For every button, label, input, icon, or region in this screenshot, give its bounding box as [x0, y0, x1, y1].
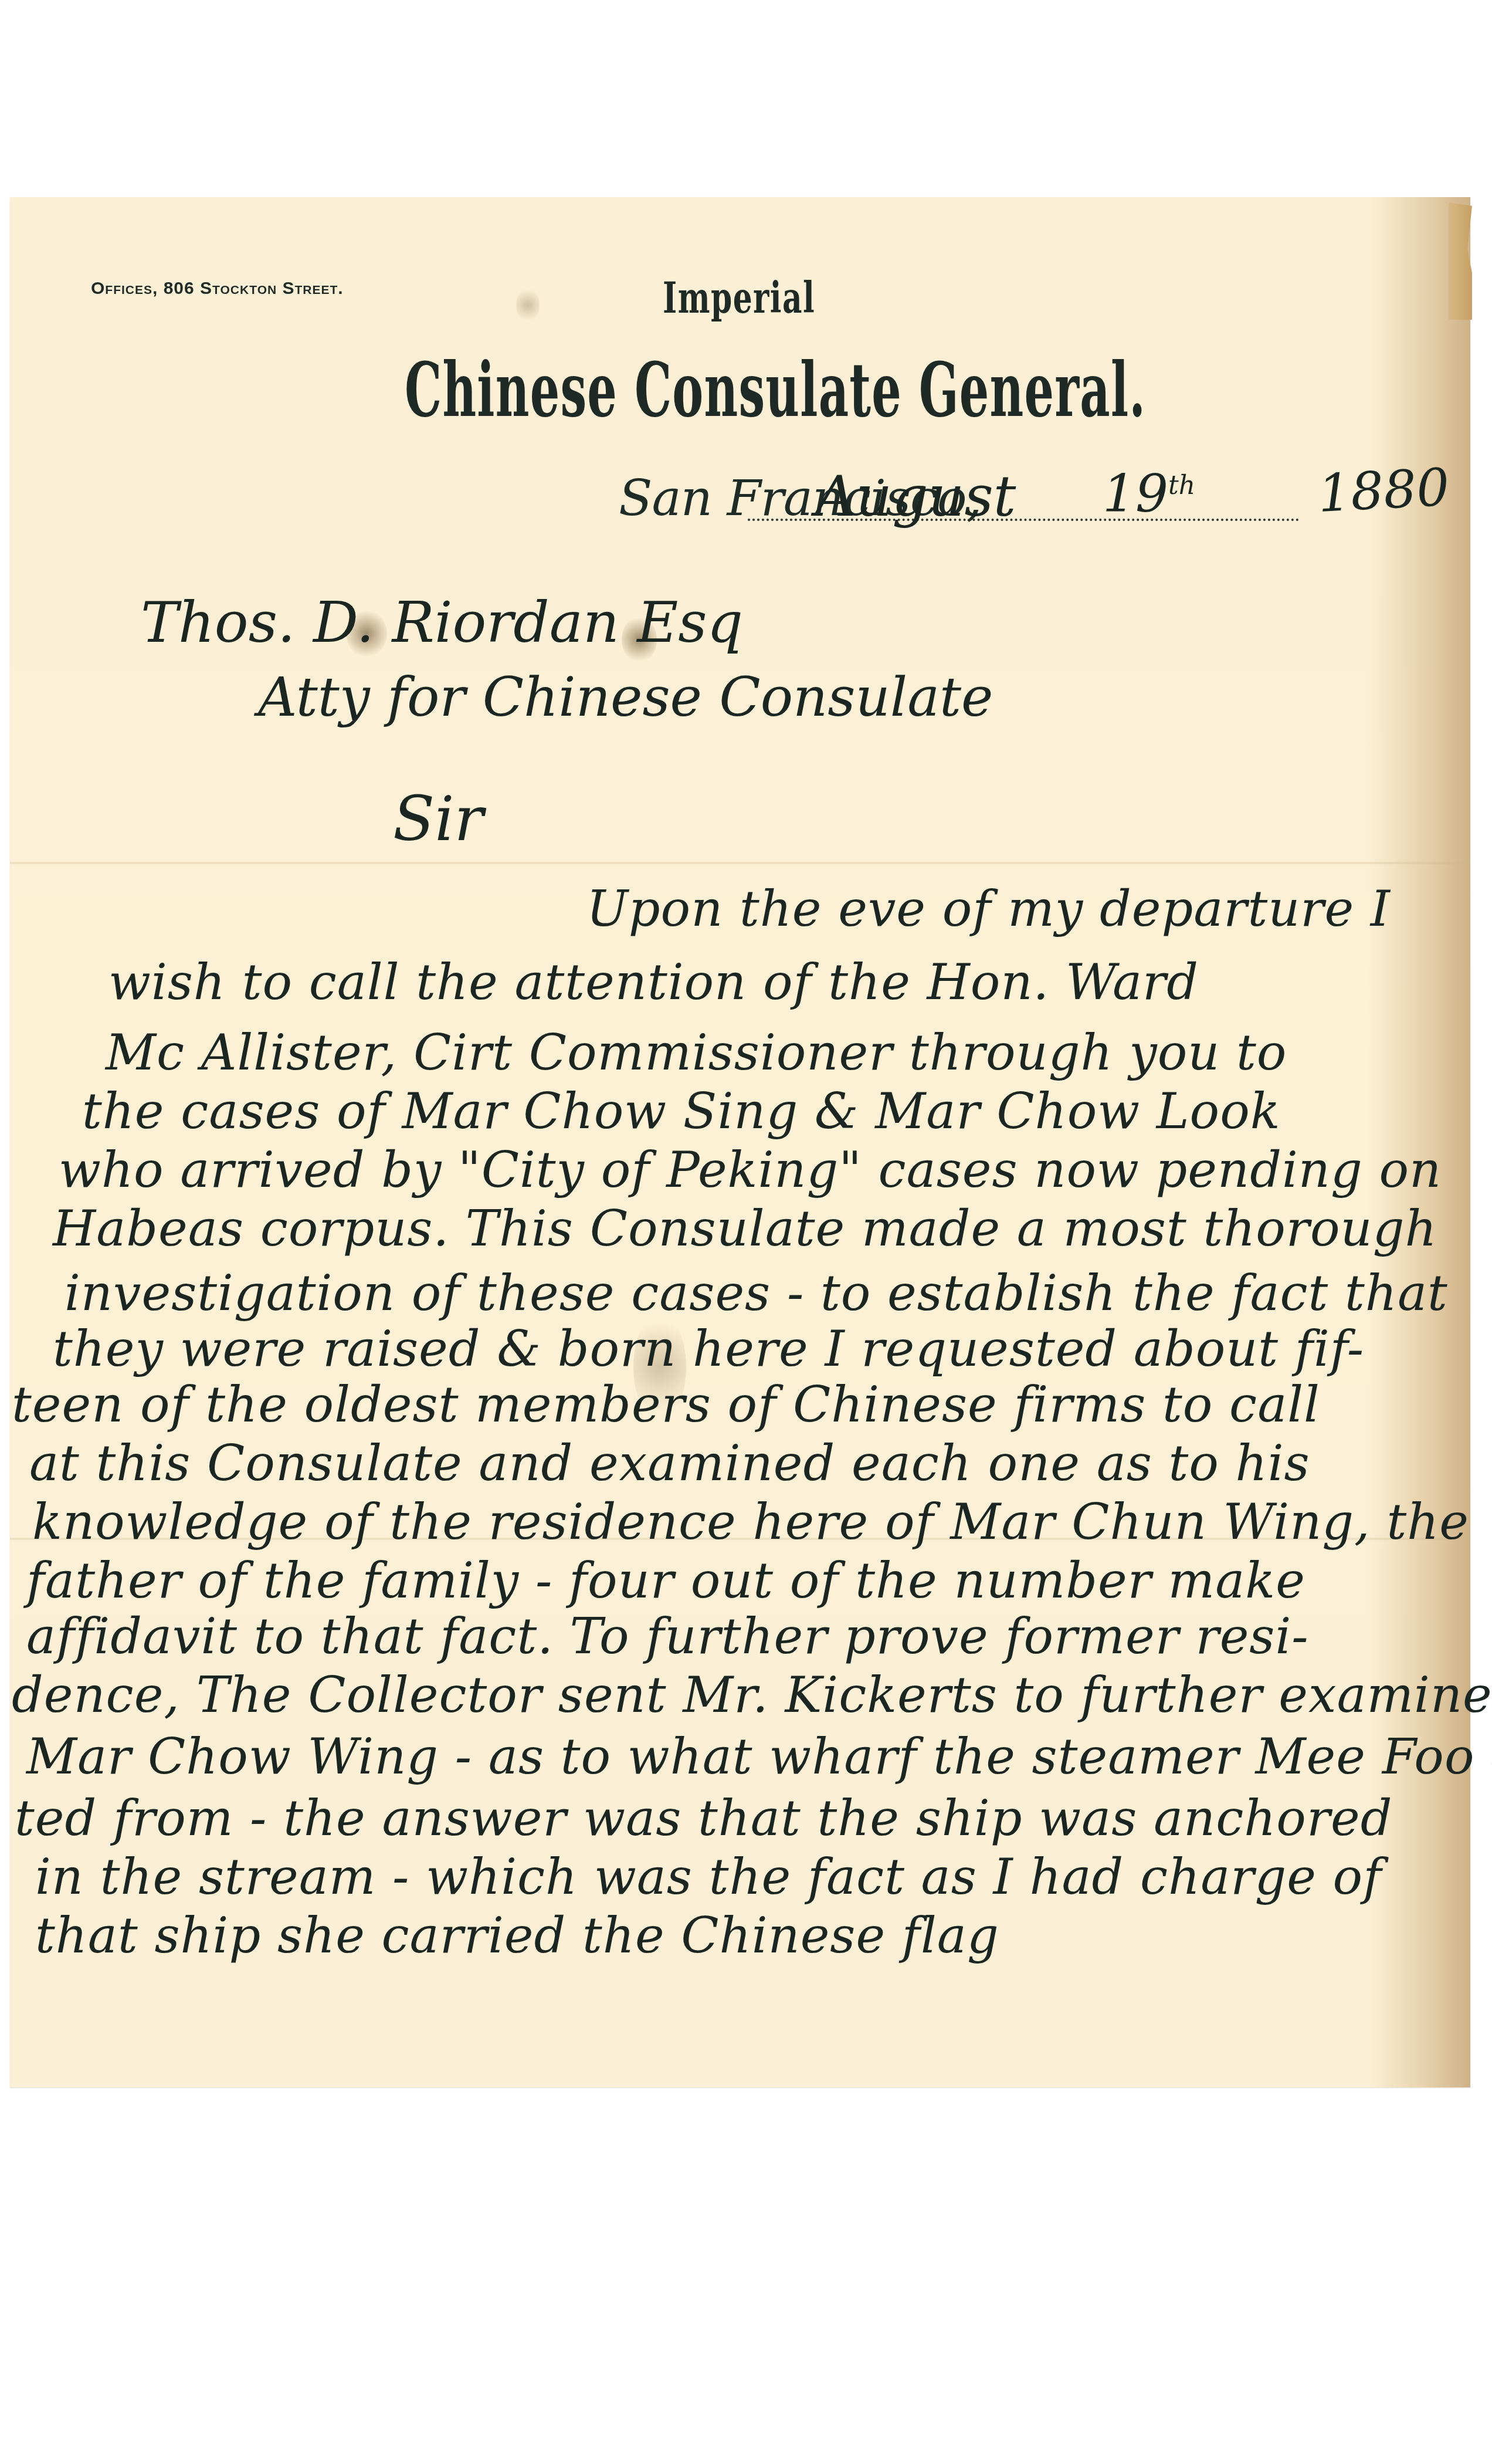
date-day: 19th [1103, 463, 1195, 524]
body-line: they were raised & born here I requested… [53, 1320, 1364, 1377]
letterhead-title-consulate: Chinese Consulate General. [405, 346, 1146, 434]
body-line: at this Consulate and examined each one … [29, 1434, 1310, 1492]
ink-stain [516, 287, 540, 323]
paper-fold-line [10, 861, 1470, 865]
body-line: dence, The Collector sent Mr. Kickerts t… [12, 1666, 1492, 1724]
body-line: in the stream - which was the fact as I … [35, 1848, 1382, 1905]
body-line: ted from - the answer was that the ship … [15, 1789, 1393, 1847]
body-line: that ship she carried the Chinese flag [35, 1907, 999, 1964]
letterhead-title-imperial: Imperial [663, 273, 815, 323]
torn-paper-edge [1449, 202, 1472, 320]
body-line: Mar Chow Wing - as to what wharf the ste… [26, 1728, 1492, 1785]
date-year: 1880 [1317, 456, 1451, 524]
body-line: teen of the oldest members of Chinese fi… [12, 1376, 1320, 1433]
body-line: who arrived by "City of Peking" cases no… [59, 1141, 1442, 1199]
body-line: Habeas corpus. This Consulate made a mos… [53, 1200, 1437, 1257]
letterhead-address: Offices, 806 Stockton Street. [91, 279, 344, 299]
body-line: Mc Allister, Cirt Commissioner through y… [106, 1024, 1287, 1081]
body-line: father of the family - four out of the n… [26, 1552, 1305, 1609]
date-day-number: 19 [1103, 463, 1168, 524]
date-month: August [815, 463, 1016, 529]
addressee-name: Thos. D. Riordan Esq [141, 590, 743, 655]
body-line: affidavit to that fact. To further prove… [26, 1607, 1309, 1665]
body-line: knowledge of the residence here of Mar C… [32, 1493, 1469, 1551]
body-line: wish to call the attention of the Hon. W… [108, 953, 1199, 1011]
body-line: the cases of Mar Chow Sing & Mar Chow Lo… [82, 1082, 1281, 1140]
body-line: Upon the eve of my departure I [586, 880, 1391, 937]
salutation: Sir [393, 783, 483, 855]
date-day-suffix: th [1168, 471, 1195, 500]
body-line: investigation of these cases - to establ… [65, 1264, 1448, 1322]
addressee-title: Atty for Chinese Consulate [258, 666, 993, 729]
